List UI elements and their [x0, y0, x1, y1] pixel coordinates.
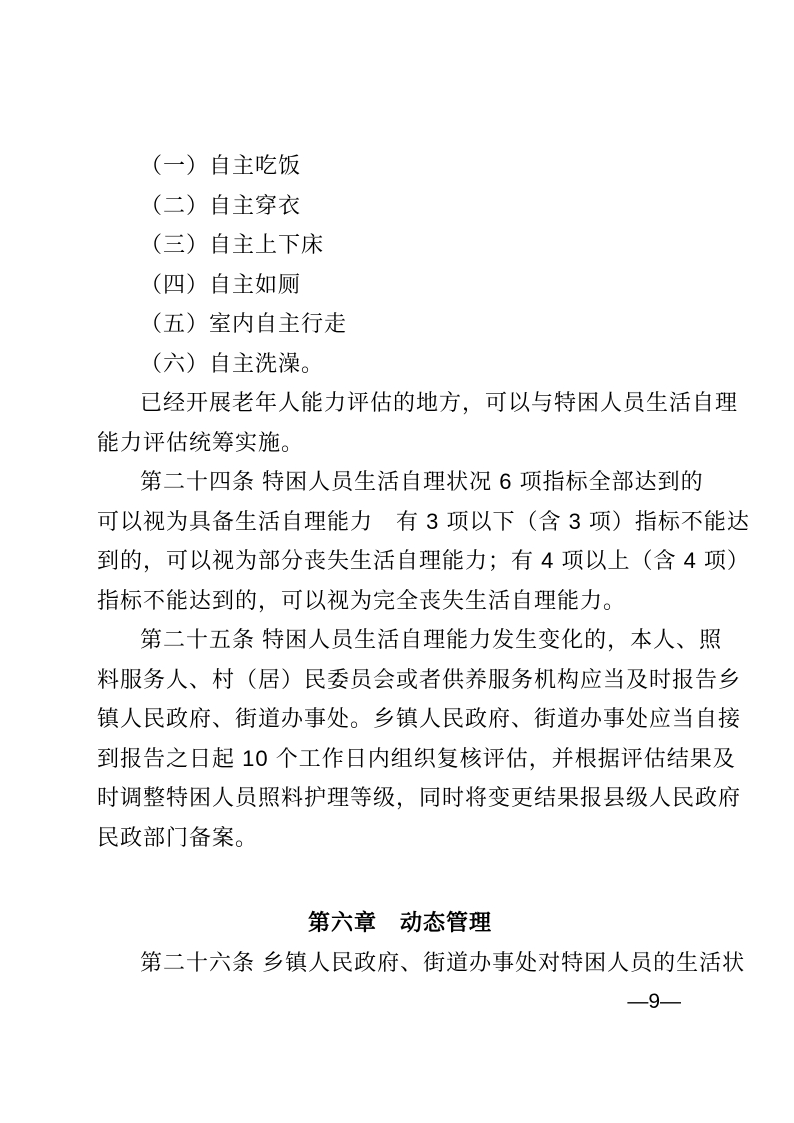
article-25-line: 料服务人、村（居）民委员会或者供养服务机构应当及时报告乡: [97, 660, 703, 700]
article-25-line: 镇人民政府、街道办事处。乡镇人民政府、街道办事处应当自接: [97, 699, 703, 739]
list-item: （四）自主如厕: [97, 265, 703, 305]
article-24-line: 到的，可以视为部分丧失生活自理能力；有 4 项以上（含 4 项）: [97, 541, 703, 581]
article-24-line: 第二十四条 特困人员生活自理状况 6 项指标全部达到的: [97, 462, 703, 502]
article-25-line: 民政部门备案。: [97, 818, 703, 858]
page-number: —9—: [97, 982, 703, 1022]
list-item: （一）自主吃饭: [97, 146, 703, 186]
article-26-line: 第二十六条 乡镇人民政府、街道办事处对特困人员的生活状: [97, 943, 703, 983]
list-item: （二）自主穿衣: [97, 186, 703, 226]
list-item: （五）室内自主行走: [97, 304, 703, 344]
article-25-line: 到报告之日起 10 个工作日内组织复核评估，并根据评估结果及: [97, 739, 703, 779]
list-item: （三）自主上下床: [97, 225, 703, 265]
document-content: （一）自主吃饭 （二）自主穿衣 （三）自主上下床 （四）自主如厕 （五）室内自主…: [97, 146, 703, 1022]
paragraph-line: 已经开展老年人能力评估的地方，可以与特困人员生活自理: [97, 383, 703, 423]
article-25-line: 时调整特困人员照料护理等级，同时将变更结果报县级人民政府: [97, 778, 703, 818]
article-24-line: 指标不能达到的，可以视为完全丧失生活自理能力。: [97, 581, 703, 621]
article-24-line: 可以视为具备生活自理能力 有 3 项以下（含 3 项）指标不能达: [97, 502, 703, 542]
list-item: （六）自主洗澡。: [97, 344, 703, 384]
article-25-line: 第二十五条 特困人员生活自理能力发生变化的，本人、照: [97, 620, 703, 660]
document-page: （一）自主吃饭 （二）自主穿衣 （三）自主上下床 （四）自主如厕 （五）室内自主…: [0, 0, 794, 1123]
paragraph-line: 能力评估统筹实施。: [97, 423, 703, 463]
chapter-heading: 第六章 动态管理: [97, 903, 703, 943]
